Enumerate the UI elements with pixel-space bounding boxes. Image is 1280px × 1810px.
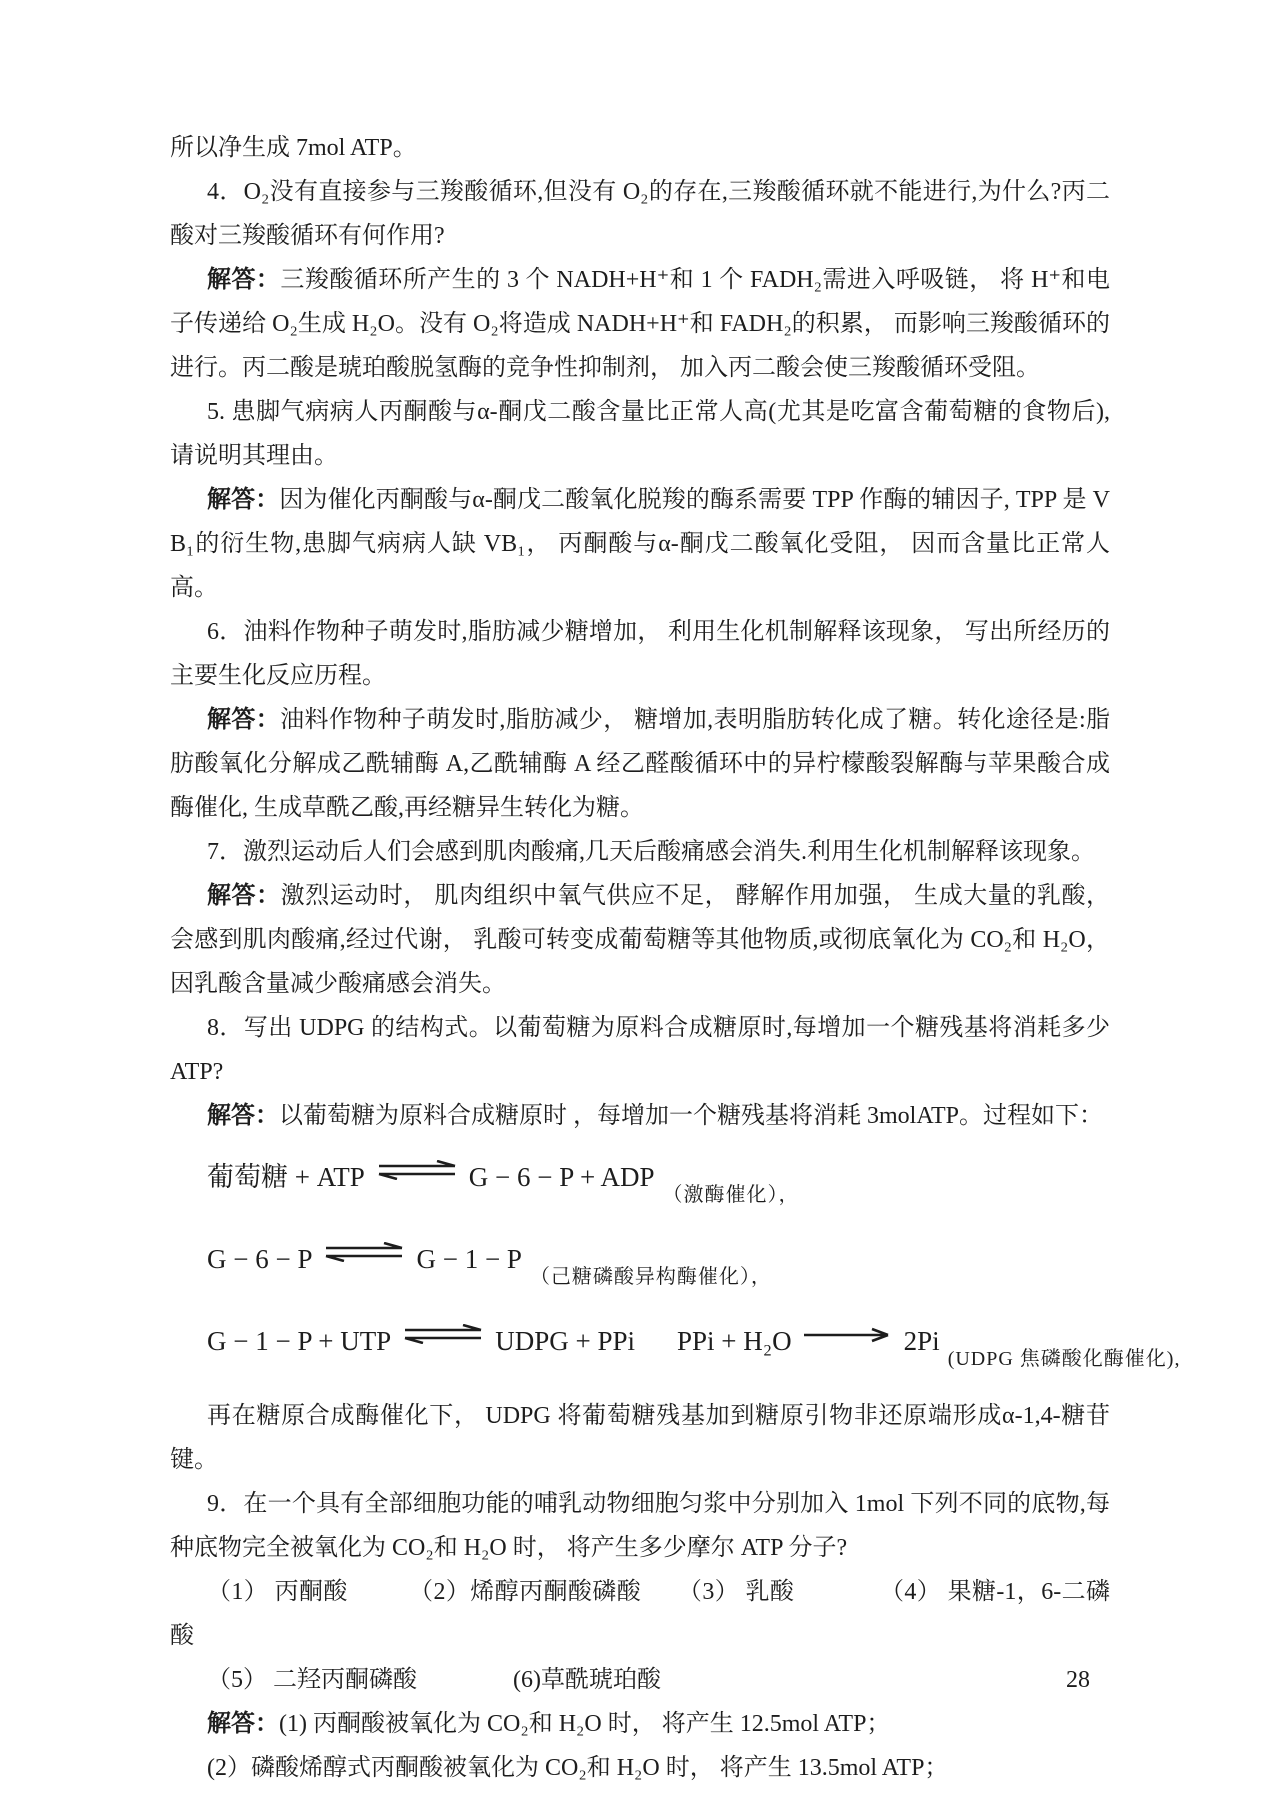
reversible-arrow-icon: [322, 1242, 406, 1262]
answer-7-text: 激烈运动时， 肌肉组织中氧气供应不足， 酵解作用加强， 生成大量的乳酸， 会感到…: [170, 883, 1110, 997]
page-number: 28: [1066, 1666, 1090, 1694]
equation-2: G − 6 − PG − 1 − P（己糖磷酸异构酶催化），: [170, 1234, 1110, 1302]
answer-5-label: 解答：: [207, 487, 279, 513]
equation-2-right: G − 1 − P: [416, 1244, 521, 1274]
answer-6: 解答：油料作物种子萌发时,脂肪减少， 糖增加,表明脂肪转化成了糖。转化途径是:脂…: [170, 698, 1110, 830]
question-6: 6．油料作物种子萌发时,脂肪减少糖增加， 利用生化机制解释该现象， 写出所经历的…: [170, 610, 1110, 698]
page-content: 所以净生成 7mol ATP。 4．O₂没有直接参与三羧酸循环,但没有 O₂的存…: [0, 0, 1280, 1790]
equation-2-note: （己糖磷酸异构酶催化），: [530, 1266, 772, 1288]
paragraph-udpg-conclusion: 再在糖原合成酶催化下， UDPG 将葡萄糖残基加到糖原引物非还原端形成α-1,4…: [170, 1394, 1110, 1482]
question-9-options-line2: （5） 二羟丙酮磷酸 (6)草酰琥珀酸: [170, 1658, 1110, 1702]
answer-9-item-2: (2）磷酸烯醇式丙酮酸被氧化为 CO₂和 H₂O 时， 将产生 13.5mol …: [170, 1746, 1110, 1790]
answer-6-text: 油料作物种子萌发时,脂肪减少， 糖增加,表明脂肪转化成了糖。转化途径是:脂肪酸氧…: [170, 707, 1110, 821]
reversible-arrow-icon: [375, 1160, 459, 1180]
document-page: 所以净生成 7mol ATP。 4．O₂没有直接参与三羧酸循环,但没有 O₂的存…: [0, 0, 1280, 1810]
equation-3-left: G − 1 − P + UTP: [207, 1326, 391, 1356]
reversible-arrow-icon: [401, 1324, 485, 1344]
answer-8: 解答：以葡萄糖为原料合成糖原时 ，每增加一个糖残基将消耗 3molATP。过程如…: [170, 1094, 1110, 1138]
equation-3-right: UDPG + PPi: [495, 1326, 635, 1356]
equation-3-right2: 2Pi: [904, 1326, 940, 1356]
question-8: 8．写出 UDPG 的结构式。以葡萄糖为原料合成糖原时,每增加一个糖残基将消耗多…: [170, 1006, 1110, 1094]
equation-3-note: (UDPG 焦磷酸化酶催化),: [948, 1348, 1181, 1370]
answer-6-label: 解答：: [207, 707, 280, 733]
right-arrow-icon: [802, 1326, 894, 1344]
answer-4-text: 三羧酸循环所产生的 3 个 NADH+H⁺和 1 个 FADH₂需进入呼吸链， …: [170, 267, 1110, 381]
answer-4: 解答：三羧酸循环所产生的 3 个 NADH+H⁺和 1 个 FADH₂需进入呼吸…: [170, 258, 1110, 390]
answer-7: 解答：激烈运动时， 肌肉组织中氧气供应不足， 酵解作用加强， 生成大量的乳酸， …: [170, 874, 1110, 1006]
question-9-options-line1: （1） 丙酮酸 （2）烯醇丙酮酸磷酸 （3） 乳酸 （4） 果糖-1，6-二磷酸: [170, 1570, 1110, 1658]
answer-7-label: 解答：: [207, 883, 281, 909]
question-9: 9．在一个具有全部细胞功能的哺乳动物细胞匀浆中分别加入 1mol 下列不同的底物…: [170, 1482, 1110, 1570]
answer-8-label: 解答：: [207, 1103, 279, 1129]
question-7: 7．激烈运动后人们会感到肌肉酸痛,几天后酸痛感会消失.利用生化机制解释该现象。: [170, 830, 1110, 874]
equation-1: 葡萄糖 + ATPG − 6 − P + ADP（激酶催化），: [170, 1152, 1110, 1220]
answer-8-text: 以葡萄糖为原料合成糖原时 ，每增加一个糖残基将消耗 3molATP。过程如下：: [279, 1103, 1103, 1129]
answer-5-text: 因为催化丙酮酸与α-酮戊二酸氧化脱羧的酶系需要 TPP 作酶的辅因子, TPP …: [170, 487, 1110, 601]
equation-1-note: （激酶催化），: [662, 1184, 799, 1206]
paragraph-intro-continuation: 所以净生成 7mol ATP。: [170, 126, 1110, 170]
answer-9-item-1-text: (1) 丙酮酸被氧化为 CO₂和 H₂O 时， 将产生 12.5mol ATP；: [279, 1711, 890, 1737]
answer-9-label: 解答：: [207, 1711, 279, 1737]
question-4: 4．O₂没有直接参与三羧酸循环,但没有 O₂的存在,三羧酸循环就不能进行,为什么…: [170, 170, 1110, 258]
question-5: 5. 患脚气病病人丙酮酸与α-酮戊二酸含量比正常人高(尤其是吃富含葡萄糖的食物后…: [170, 390, 1110, 478]
equation-3-left2: PPi + H₂O: [677, 1326, 792, 1356]
equation-1-left: 葡萄糖 + ATP: [207, 1162, 365, 1192]
answer-5: 解答：因为催化丙酮酸与α-酮戊二酸氧化脱羧的酶系需要 TPP 作酶的辅因子, T…: [170, 478, 1110, 610]
answer-4-label: 解答：: [207, 267, 280, 293]
equation-1-right: G − 6 − P + ADP: [469, 1162, 655, 1192]
equation-2-left: G − 6 − P: [207, 1244, 312, 1274]
equation-3: G − 1 − P + UTPUDPG + PPiPPi + H₂O2Pi(UD…: [170, 1316, 1110, 1384]
answer-9-item-1: 解答：(1) 丙酮酸被氧化为 CO₂和 H₂O 时， 将产生 12.5mol A…: [170, 1702, 1110, 1746]
